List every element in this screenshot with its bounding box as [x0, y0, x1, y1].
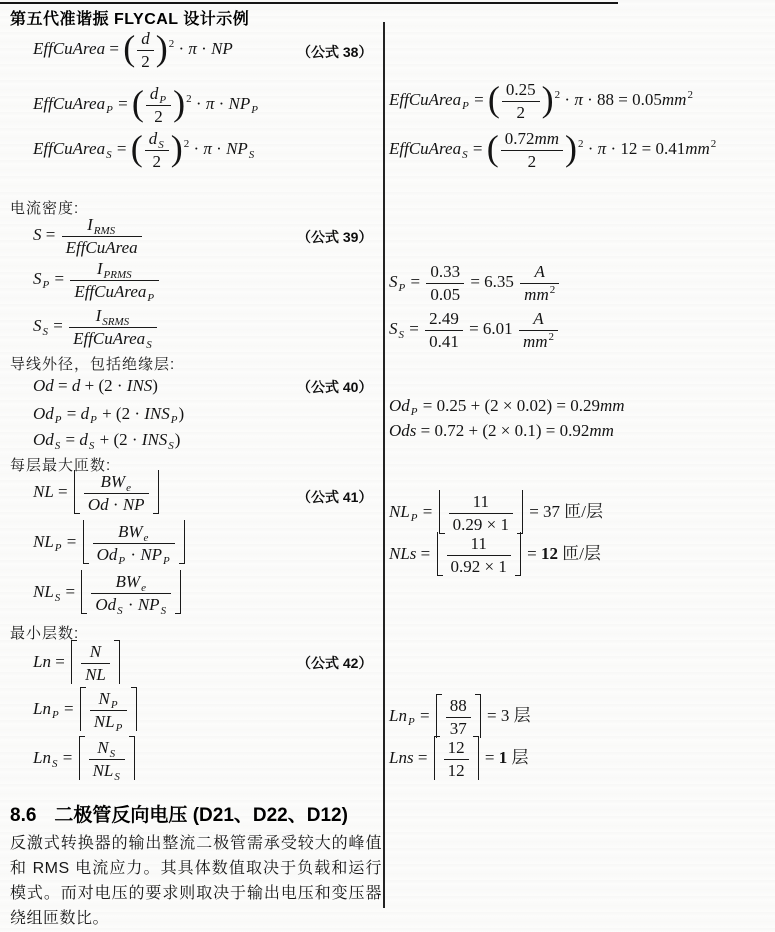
- denominator: NLP: [90, 710, 128, 732]
- subscript: S: [146, 339, 152, 351]
- math-var: d: [150, 84, 159, 103]
- denominator: 0.92 × 1: [447, 555, 511, 577]
- math-var: d: [81, 404, 90, 423]
- superscript: 2: [687, 89, 693, 101]
- numerator: 11: [447, 534, 511, 555]
- math-text: =: [60, 699, 78, 718]
- math-text: ·: [584, 139, 598, 158]
- math-text: 0.25: [506, 80, 536, 99]
- math-var: Od: [33, 404, 54, 423]
- floor-bracket-right: [517, 490, 523, 534]
- calc-ln-s: Lns = 1212 = 1 层: [389, 737, 529, 781]
- math-var: EffCuArea: [33, 94, 105, 113]
- floor-bracket-right: [515, 532, 521, 576]
- floor-bracket-right: [153, 470, 159, 514]
- math-text: =: [406, 272, 424, 291]
- math-var: NL: [33, 482, 54, 501]
- fraction: 2.490.41: [425, 309, 463, 351]
- subscript: P: [118, 555, 125, 567]
- superscript: 2: [184, 138, 190, 150]
- math-result: 12: [541, 544, 558, 563]
- eq-tag-41: （公式 41）: [297, 487, 381, 507]
- subscript: S: [462, 149, 468, 161]
- floor-bracket-left: [437, 532, 443, 576]
- math-var: π: [598, 139, 607, 158]
- math-text: = 6.01: [465, 319, 517, 338]
- math-text: =: [419, 502, 437, 521]
- fraction: 0.330.05: [426, 262, 464, 304]
- math-var: I: [87, 215, 93, 234]
- math-var: Ln: [33, 652, 51, 671]
- math-text: ): [152, 376, 158, 395]
- math-text: + (2 ·: [95, 430, 141, 449]
- math-text: ·: [197, 39, 211, 58]
- calc-ln-p: LnP = 8837 = 3 层: [389, 695, 531, 739]
- math-var: NP: [229, 94, 251, 113]
- calc-effcuarea-p: EffCuAreaP = (0.252)2 · π · 88 = 0.05mm2: [389, 80, 693, 122]
- calc-nl-p: NLP = 110.29 × 1 = 37 匝/层: [389, 491, 603, 535]
- subscript: S: [161, 605, 167, 617]
- ceil-bracket-right: [473, 736, 479, 780]
- denominator: 12: [444, 759, 469, 781]
- numerator: 0.25: [502, 80, 540, 101]
- math-text: =: [51, 652, 69, 671]
- math-var: INS: [144, 404, 170, 423]
- numerator: 0.33: [426, 262, 464, 283]
- math-var: S: [389, 319, 398, 338]
- math-var: A: [535, 262, 545, 281]
- math-var: NL: [389, 502, 410, 521]
- math-text: =: [54, 376, 72, 395]
- superscript: 2: [711, 138, 717, 150]
- math-text: ·: [174, 39, 188, 58]
- math-var: d: [79, 430, 88, 449]
- math-text: 层: [507, 748, 528, 767]
- math-var: Od: [88, 495, 109, 514]
- math-text: =: [42, 225, 60, 244]
- math-text: =: [61, 430, 79, 449]
- math-text: 0.92 × 1: [451, 557, 507, 576]
- math-var: NP: [140, 545, 162, 564]
- subscript: P: [251, 104, 258, 116]
- subscript: P: [90, 414, 97, 426]
- fraction: d2: [137, 29, 154, 71]
- denominator: NL: [81, 663, 110, 685]
- subscript: P: [111, 699, 118, 711]
- subscript: P: [399, 282, 406, 294]
- subscript: S: [110, 748, 116, 760]
- math-var: d: [141, 29, 150, 48]
- math-var: mm: [662, 90, 687, 109]
- subscript: P: [462, 100, 469, 112]
- math-var: mm: [523, 332, 548, 351]
- math-var: mm: [524, 285, 549, 304]
- math-text: =: [470, 90, 488, 109]
- math-text: · 88 = 0.05: [583, 90, 662, 109]
- math-var: NL: [93, 761, 114, 780]
- math-var: mm: [685, 139, 710, 158]
- denominator: mm2: [520, 283, 559, 305]
- ceil-bracket-right: [129, 736, 135, 780]
- page-title: 第五代准谐振 FLYCAL 设计示例: [10, 6, 249, 29]
- math-var: S: [33, 225, 42, 244]
- fraction: IRMSEffCuArea: [62, 215, 142, 257]
- math-text: 88: [450, 696, 467, 715]
- math-text: =: [61, 582, 79, 601]
- eq-tag-39: （公式 39）: [297, 227, 381, 247]
- numerator: dP: [146, 84, 171, 105]
- math-var: NP: [123, 495, 145, 514]
- calc-current-density-p: SP = 0.330.05 = 6.35 Amm2: [389, 262, 561, 304]
- subscript: S: [43, 326, 49, 338]
- fraction: Amm2: [519, 309, 558, 351]
- math-var: mm: [600, 396, 625, 415]
- denominator: 0.05: [426, 283, 464, 305]
- subscript: S: [117, 605, 123, 617]
- math-text: ·: [192, 94, 206, 113]
- math-var: Od: [33, 430, 54, 449]
- formula-effcuarea: EffCuArea = (d2)2 · π · NP: [33, 29, 233, 71]
- fraction: IPRMSEffCuAreaP: [70, 259, 159, 301]
- superscript: 2: [169, 38, 175, 50]
- math-text: 12: [448, 738, 465, 757]
- math-text: = 3 层: [483, 706, 531, 725]
- calc-od-p: OdP = 0.25 + (2 × 0.02) = 0.29mm: [389, 396, 625, 416]
- math-var: I: [96, 306, 102, 325]
- math-var: Ods: [389, 421, 416, 440]
- math-text: 37: [450, 719, 467, 738]
- subscript: P: [52, 709, 59, 721]
- formula-current-density-p: SP = IPRMSEffCuAreaP: [33, 259, 161, 301]
- math-var: Ln: [389, 706, 407, 725]
- ceil-bracket-left: [71, 640, 77, 684]
- fraction: BWeOdS · NPS: [91, 572, 171, 614]
- math-text: ·: [214, 94, 228, 113]
- math-text: ·: [189, 139, 203, 158]
- formula-current-density: S = IRMSEffCuArea: [33, 215, 144, 257]
- fraction: NPNLP: [90, 689, 128, 731]
- ceil-bracket-right: [131, 687, 137, 731]
- numerator: 0.72mm: [501, 129, 563, 150]
- fraction: 1212: [444, 738, 469, 780]
- ceil-bracket-left: [79, 736, 85, 780]
- denominator: 37: [446, 717, 471, 739]
- fraction: BWeOdP · NPP: [93, 522, 175, 564]
- math-text: =: [50, 269, 68, 288]
- math-text: =: [58, 748, 76, 767]
- superscript: 2: [578, 138, 584, 150]
- math-text: ·: [109, 495, 123, 514]
- subscript: S: [399, 329, 405, 341]
- math-text: 2: [152, 152, 161, 171]
- math-text: =: [49, 316, 67, 335]
- math-var: EffCuArea: [33, 139, 105, 158]
- denominator: EffCuArea: [62, 236, 142, 258]
- floor-bracket-right: [175, 570, 181, 614]
- math-var: NP: [138, 595, 160, 614]
- numerator: 88: [446, 696, 471, 717]
- denominator: Od · NP: [84, 493, 149, 515]
- document-page: 第五代准谐振 FLYCAL 设计示例 EffCuArea = (d2)2 · π…: [0, 0, 775, 932]
- subscript: P: [55, 414, 62, 426]
- math-text: ·: [560, 90, 574, 109]
- subscript: e: [126, 482, 131, 494]
- numerator: NS: [89, 738, 125, 759]
- math-text: = 6.35: [466, 272, 518, 291]
- fraction: 0.72mm2: [501, 129, 563, 171]
- calc-od-s: Ods = 0.72 + (2 × 0.1) = 0.92mm: [389, 421, 614, 441]
- math-var: Od: [95, 595, 116, 614]
- math-text: =: [54, 482, 72, 501]
- math-var: π: [203, 139, 212, 158]
- math-var: NLs: [389, 544, 416, 563]
- subscript: S: [158, 139, 164, 151]
- calc-effcuarea-s: EffCuAreaS = (0.72mm2)2 · π · 12 = 0.41m…: [389, 129, 716, 171]
- formula-effcuarea-p: EffCuAreaP = (dP2)2 · π · NPP: [33, 84, 259, 126]
- math-text: 2.49: [429, 309, 459, 328]
- fraction: Amm2: [520, 262, 559, 304]
- superscript: 2: [555, 89, 561, 101]
- subscript: S: [52, 758, 58, 770]
- formula-nl-p: NLP = BWeOdP · NPP: [33, 521, 187, 565]
- fraction: 110.92 × 1: [447, 534, 511, 576]
- subscript: P: [43, 279, 50, 291]
- math-var: EffCuArea: [389, 90, 461, 109]
- math-var: NP: [226, 139, 248, 158]
- math-text: ·: [212, 139, 226, 158]
- math-var: mm: [589, 421, 614, 440]
- superscript: 2: [186, 93, 192, 105]
- formula-nl-s: NLS = BWeOdS · NPS: [33, 571, 183, 615]
- numerator: 12: [444, 738, 469, 759]
- denominator: OdS · NPS: [91, 593, 171, 615]
- subscript: P: [116, 722, 123, 734]
- numerator: BWe: [84, 472, 149, 493]
- math-var: N: [97, 738, 108, 757]
- math-var: Od: [97, 545, 118, 564]
- math-text: ·: [126, 545, 140, 564]
- formula-nl: NL = BWeOd · NP: [33, 471, 161, 515]
- numerator: IPRMS: [70, 259, 159, 280]
- math-var: S: [389, 272, 398, 291]
- math-text: · 12 = 0.41: [606, 139, 685, 158]
- section-number: 8.6: [10, 805, 36, 826]
- denominator: 0.29 × 1: [449, 513, 513, 535]
- ceil-bracket-right: [475, 694, 481, 738]
- math-var: NL: [94, 712, 115, 731]
- math-text: 匝/层: [558, 544, 601, 563]
- denominator: 2: [145, 150, 169, 172]
- math-var: π: [188, 39, 197, 58]
- fraction: 0.252: [502, 80, 540, 122]
- denominator: 2: [137, 50, 154, 72]
- formula-ln: Ln = NNL: [33, 641, 122, 685]
- math-var: Ln: [33, 748, 51, 767]
- numerator: BWe: [93, 522, 175, 543]
- math-text: 0.29 × 1: [453, 515, 509, 534]
- floor-bracket-left: [81, 570, 87, 614]
- calc-current-density-s: SS = 2.490.41 = 6.01 Amm2: [389, 309, 560, 351]
- column-divider: [383, 22, 385, 908]
- math-text: = 0.72 + (2 × 0.1) = 0.92: [416, 421, 589, 440]
- ceil-bracket-left: [436, 694, 442, 738]
- formula-od-s: OdS = dS + (2 · INSS): [33, 430, 180, 450]
- fraction: ISRMSEffCuAreaS: [69, 306, 157, 348]
- formula-ln-p: LnP = NPNLP: [33, 688, 139, 732]
- math-text: =: [416, 544, 434, 563]
- math-var: BW: [101, 472, 126, 491]
- math-var: BW: [116, 572, 141, 591]
- formula-od: Od = d + (2 · INS): [33, 376, 158, 396]
- section-title: 二极管反向电压 (D21、D22、D12): [54, 805, 348, 826]
- math-text: 2: [154, 107, 163, 126]
- denominator: mm2: [519, 330, 558, 352]
- subscript: e: [141, 582, 146, 594]
- subscript: S: [89, 440, 95, 452]
- math-var: S: [33, 316, 42, 335]
- eq-tag-42: （公式 42）: [297, 653, 381, 673]
- denominator: 0.41: [425, 330, 463, 352]
- math-text: 11: [473, 492, 489, 511]
- math-text: 0.72: [505, 129, 535, 148]
- numerator: N: [81, 642, 110, 663]
- subscript: S: [168, 440, 174, 452]
- subscript: P: [163, 555, 170, 567]
- math-var: INS: [127, 376, 153, 395]
- numerator: A: [519, 309, 558, 330]
- math-text: =: [63, 404, 81, 423]
- math-var: EffCuArea: [73, 329, 145, 348]
- math-text: 2: [141, 52, 150, 71]
- math-var: NL: [33, 532, 54, 551]
- subscript: S: [55, 440, 61, 452]
- subscript: SRMS: [102, 316, 129, 328]
- math-var: EffCuArea: [66, 238, 138, 257]
- math-var: Ln: [33, 699, 51, 718]
- math-text: =: [114, 94, 132, 113]
- numerator: ISRMS: [69, 306, 157, 327]
- math-var: d: [149, 129, 158, 148]
- math-text: =: [481, 748, 499, 767]
- math-text: 0.41: [429, 332, 459, 351]
- denominator: 2: [502, 101, 540, 123]
- fraction: BWeOd · NP: [84, 472, 149, 514]
- math-var: N: [99, 689, 110, 708]
- math-text: ): [179, 404, 185, 423]
- math-var: NP: [211, 39, 233, 58]
- math-text: + (2 ·: [98, 404, 144, 423]
- math-text: =: [416, 706, 434, 725]
- subscript: S: [249, 149, 255, 161]
- page-top-rule: [0, 2, 618, 4]
- formula-ln-s: LnS = NSNLS: [33, 737, 137, 781]
- ceil-bracket-left: [434, 736, 440, 780]
- subscript: S: [114, 771, 120, 783]
- formula-od-p: OdP = dP + (2 · INSP): [33, 404, 184, 424]
- math-var: π: [574, 90, 583, 109]
- calc-nl-s: NLs = 110.92 × 1 = 12 匝/层: [389, 533, 601, 577]
- denominator: EffCuAreaS: [69, 327, 157, 349]
- floor-bracket-right: [179, 520, 185, 564]
- numerator: BWe: [91, 572, 171, 593]
- floor-bracket-left: [83, 520, 89, 564]
- math-text: =: [113, 139, 131, 158]
- math-var: A: [533, 309, 543, 328]
- subscript: S: [106, 149, 112, 161]
- fraction: dP2: [146, 84, 171, 126]
- math-text: + (2 ·: [80, 376, 126, 395]
- subscript: PRMS: [104, 269, 132, 281]
- ceil-bracket-right: [114, 640, 120, 684]
- math-text: =: [63, 532, 81, 551]
- fraction: 110.29 × 1: [449, 492, 513, 534]
- math-text: 0.05: [430, 285, 460, 304]
- math-var: NL: [85, 665, 106, 684]
- math-var: Lns: [389, 748, 414, 767]
- fraction: NNL: [81, 642, 110, 684]
- fraction: dS2: [145, 129, 169, 171]
- numerator: 2.49: [425, 309, 463, 330]
- math-text: 0.33: [430, 262, 460, 281]
- floor-bracket-left: [74, 470, 80, 514]
- subscript: P: [55, 542, 62, 554]
- math-var: BW: [118, 522, 143, 541]
- math-text: =: [405, 319, 423, 338]
- math-var: EffCuArea: [389, 139, 461, 158]
- math-var: INS: [142, 430, 168, 449]
- eq-tag-38: （公式 38）: [297, 42, 381, 62]
- numerator: dS: [145, 129, 169, 150]
- section-body: 反激式转换器的输出整流二极管需承受较大的峰值和 RMS 电流应力。其具体数值取决…: [10, 831, 382, 931]
- math-text: = 37 匝/层: [525, 502, 603, 521]
- math-text: = 0.25 + (2 × 0.02) = 0.29: [419, 396, 600, 415]
- math-text: 12: [448, 761, 465, 780]
- math-text: 11: [471, 534, 487, 553]
- subscript: P: [411, 406, 418, 418]
- ceil-bracket-left: [80, 687, 86, 731]
- denominator: NLS: [89, 759, 125, 781]
- floor-bracket-left: [439, 490, 445, 534]
- subscript: e: [144, 532, 149, 544]
- math-var: Od: [389, 396, 410, 415]
- formula-current-density-s: SS = ISRMSEffCuAreaS: [33, 306, 159, 348]
- subscript: P: [408, 716, 415, 728]
- math-text: =: [105, 39, 123, 58]
- math-var: Od: [33, 376, 54, 395]
- math-var: EffCuArea: [74, 282, 146, 301]
- numerator: NP: [90, 689, 128, 710]
- math-var: EffCuArea: [33, 39, 105, 58]
- label-wire-od: 导线外径，包括绝缘层:: [10, 353, 175, 374]
- math-var: N: [90, 642, 101, 661]
- fraction: 8837: [446, 696, 471, 738]
- denominator: EffCuAreaP: [70, 280, 159, 302]
- math-var: S: [33, 269, 42, 288]
- subscript: P: [159, 94, 166, 106]
- subscript: P: [171, 414, 178, 426]
- subscript: P: [147, 292, 154, 304]
- denominator: 2: [501, 150, 563, 172]
- fraction: NSNLS: [89, 738, 125, 780]
- denominator: 2: [146, 105, 171, 127]
- numerator: IRMS: [62, 215, 142, 236]
- subscript: P: [411, 512, 418, 524]
- section-heading: 8.6二极管反向电压 (D21、D22、D12): [10, 800, 348, 827]
- math-result: 1: [499, 748, 508, 767]
- superscript: 2: [550, 284, 556, 296]
- eq-tag-40: （公式 40）: [297, 377, 381, 397]
- math-var: I: [97, 259, 103, 278]
